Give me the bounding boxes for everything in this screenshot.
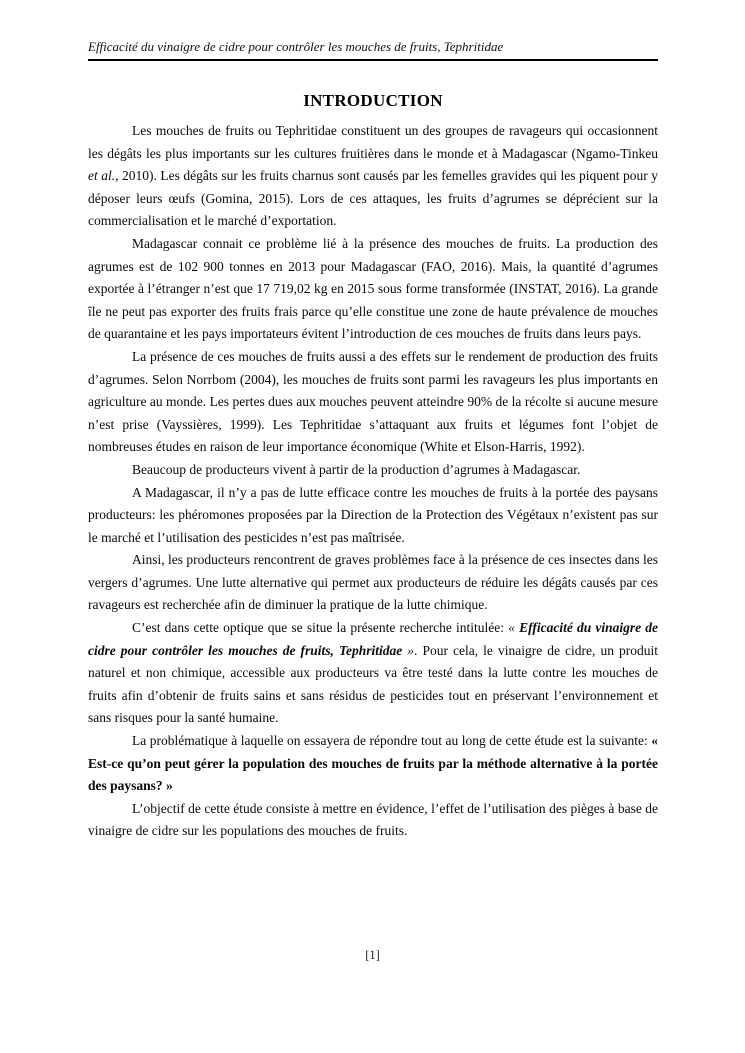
paragraph: Beaucoup de producteurs vivent à partir … (88, 459, 658, 482)
text-run: La présence de ces mouches de fruits aus… (88, 349, 658, 454)
text-run: L’objectif de cette étude consiste à met… (88, 801, 658, 839)
text-run: A Madagascar, il n’y a pas de lutte effi… (88, 485, 658, 545)
text-run: et al. (88, 168, 115, 183)
paragraph: A Madagascar, il n’y a pas de lutte effi… (88, 482, 658, 550)
paragraph: L’objectif de cette étude consiste à met… (88, 798, 658, 843)
text-run: » (402, 643, 414, 658)
paragraph: La problématique à laquelle on essayera … (88, 730, 658, 798)
text-run: , 2010). Les dégâts sur les fruits charn… (88, 168, 658, 228)
page-footer: [1] (0, 948, 745, 963)
paragraph-container: Les mouches de fruits ou Tephritidae con… (88, 120, 658, 843)
text-run: Les mouches de fruits ou Tephritidae con… (88, 123, 658, 161)
text-run: La problématique à laquelle on essayera … (132, 733, 651, 748)
paragraph: Les mouches de fruits ou Tephritidae con… (88, 120, 658, 233)
paragraph: La présence de ces mouches de fruits aus… (88, 346, 658, 459)
section-title: INTRODUCTION (88, 90, 658, 111)
paragraph: Madagascar connait ce problème lié à la … (88, 233, 658, 346)
running-header: Efficacité du vinaigre de cidre pour con… (88, 39, 658, 61)
running-header-title: Efficacité du vinaigre de cidre pour con… (88, 39, 503, 54)
paragraph: C’est dans cette optique que se situe la… (88, 617, 658, 730)
page-number: [1] (365, 948, 380, 962)
paragraph: Ainsi, les producteurs rencontrent de gr… (88, 549, 658, 617)
text-run: Ainsi, les producteurs rencontrent de gr… (88, 552, 658, 612)
text-run: C’est dans cette optique que se situe la… (132, 620, 508, 635)
document-body: INTRODUCTION Les mouches de fruits ou Te… (88, 90, 658, 843)
document-page: Efficacité du vinaigre de cidre pour con… (0, 0, 745, 1053)
text-run: Beaucoup de producteurs vivent à partir … (132, 462, 580, 477)
text-run: Madagascar connait ce problème lié à la … (88, 236, 658, 341)
text-run: « (508, 620, 519, 635)
